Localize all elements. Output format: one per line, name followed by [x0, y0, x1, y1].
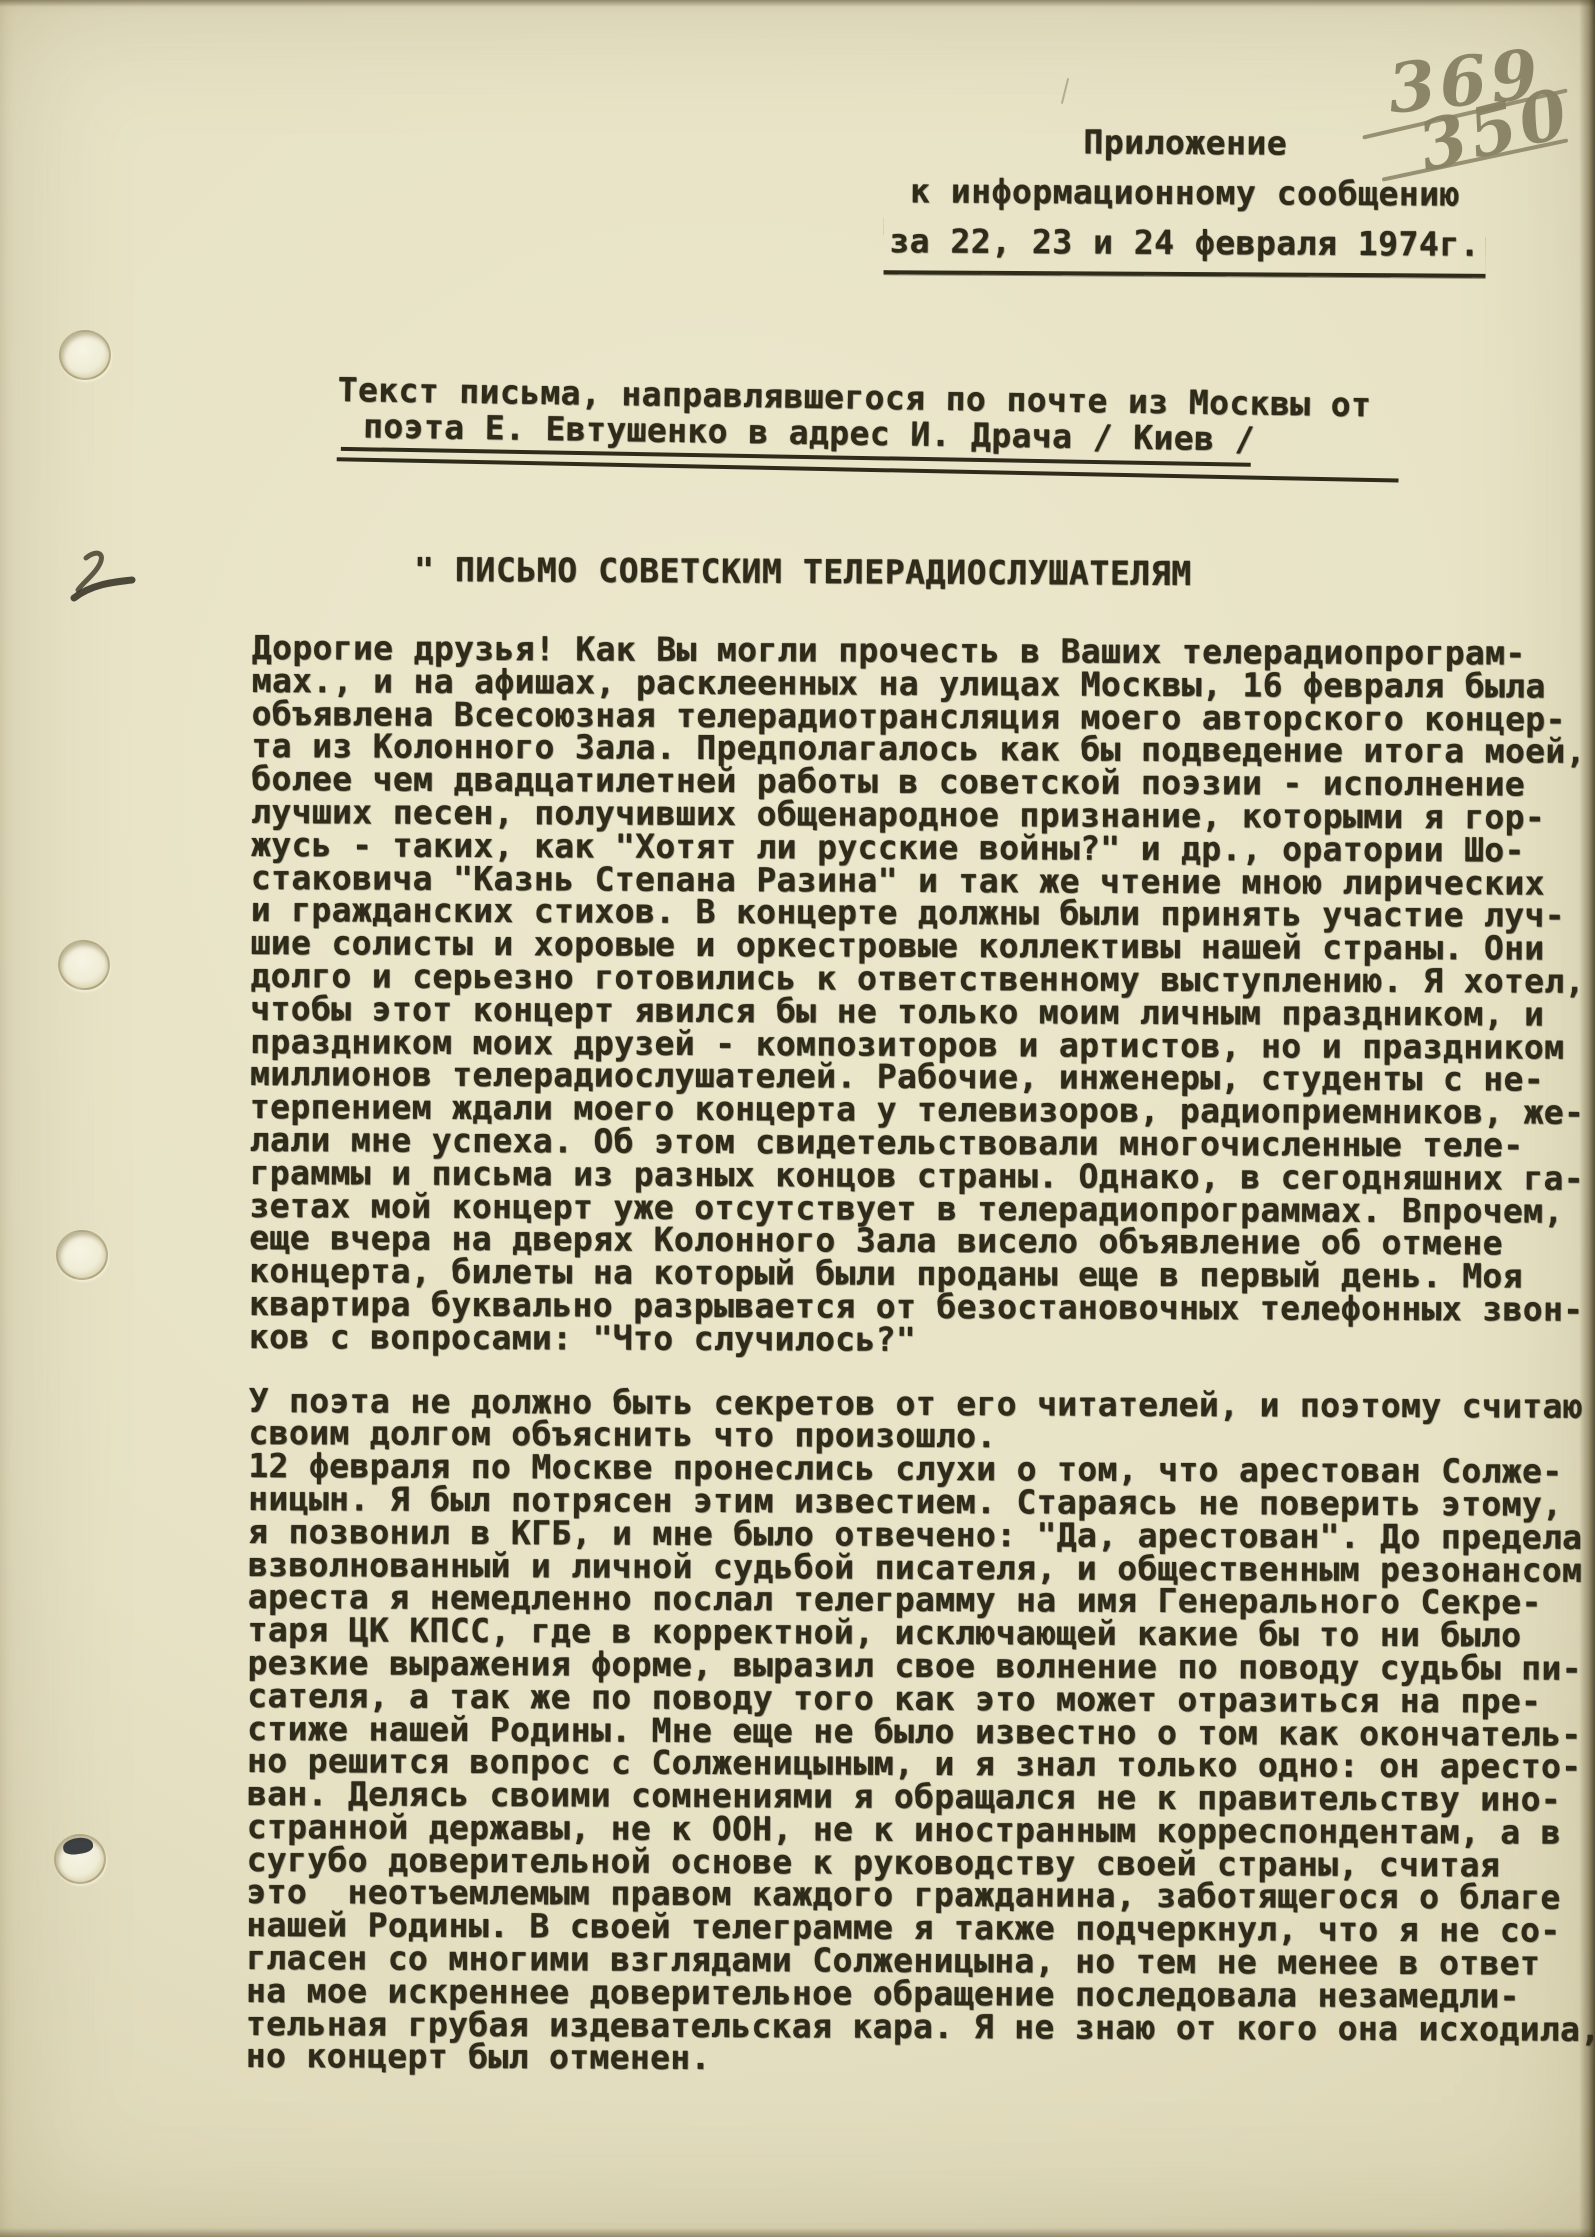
punch-hole-3	[56, 1230, 108, 1280]
subject-underline-long	[337, 457, 1399, 482]
header-line-appendix: Приложение	[880, 116, 1490, 170]
scanned-letter-page: 369 350 Приложение к информационному соо…	[0, 0, 1595, 2237]
paragraph-1: Дорогие друзья! Как Вы могли прочесть в …	[249, 632, 1595, 1359]
punch-hole-1	[59, 330, 111, 380]
punch-hole-4	[54, 1834, 106, 1884]
header-line-report: к информационному сообщению	[880, 166, 1490, 220]
subject-heading: Текст письма, направлявшегося по почте и…	[337, 372, 1458, 461]
stray-pencil-mark	[1061, 78, 1069, 104]
pencil-scribble-mark	[52, 540, 152, 620]
header-date-underlined: за 22, 23 и 24 февраля 1974г.	[883, 216, 1486, 278]
letter-body: Дорогие друзья! Как Вы могли прочесть в …	[246, 632, 1595, 2110]
document-header: Приложение к информационному сообщению з…	[880, 116, 1491, 278]
header-line-date: за 22, 23 и 24 февраля 1974г.	[880, 216, 1490, 278]
letter-title: " ПИСЬМО СОВЕТСКИМ ТЕЛЕРАДИОСЛУШАТЕЛЯМ	[414, 550, 1192, 593]
page-edge-shadow-top	[0, 0, 1595, 7]
paragraph-2: У поэта не должно быть секретов от его ч…	[246, 1385, 1594, 2080]
page-edge-shadow-bottom	[0, 2228, 1595, 2237]
punch-hole-2	[53, 934, 116, 995]
